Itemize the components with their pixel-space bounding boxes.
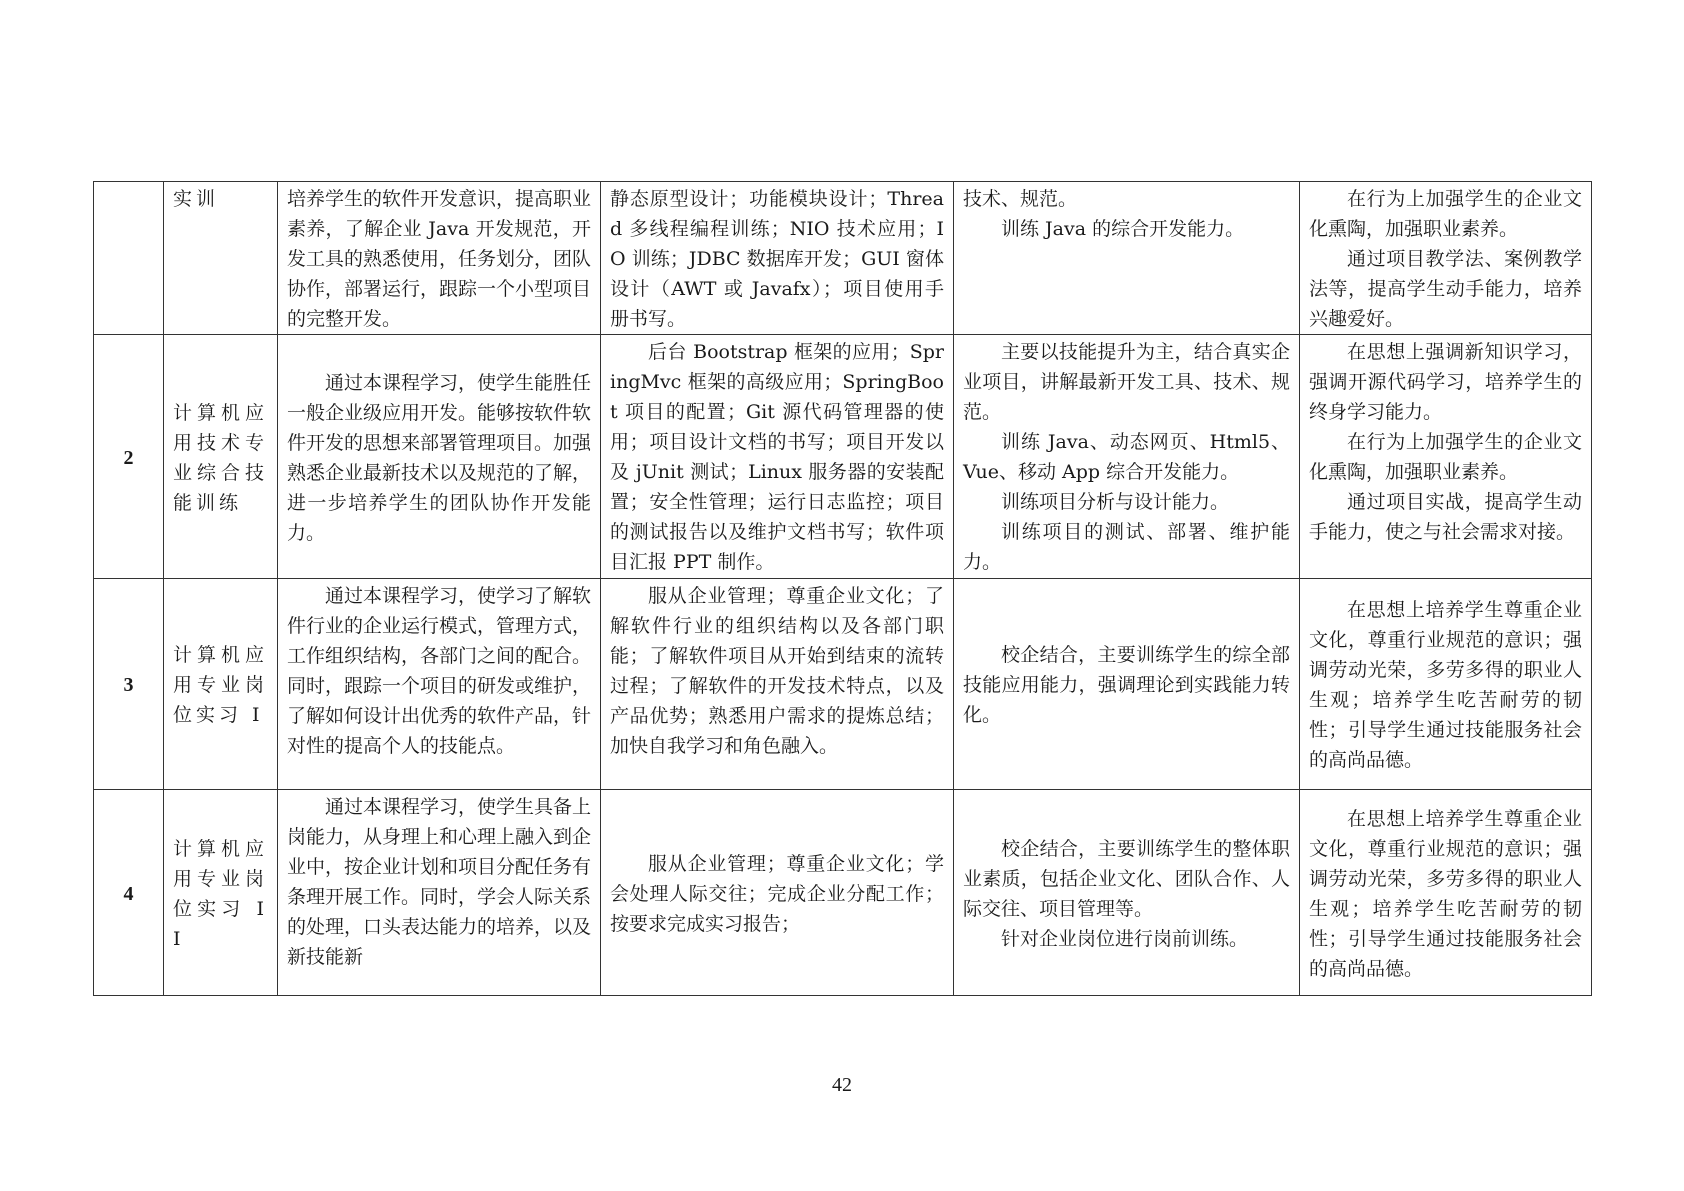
requirements-paragraph: 针对企业岗位进行岗前训练。 xyxy=(963,924,1290,954)
requirements-paragraph: 校企结合，主要训练学生的整体职业素质，包括企业文化、团队合作、人际交往、项目管理… xyxy=(963,834,1290,924)
table-row: 实训 培养学生的软件开发意识，提高职业素养，了解企业 Java 开发规范，开发工… xyxy=(94,182,1592,335)
table-row: 2 计算机应用技术专业综合技能训练 通过本课程学习，使学生能胜任一般企业级应用开… xyxy=(94,335,1592,579)
course-name: 计算机应用技术专业综合技能训练 xyxy=(164,335,278,579)
ideology-paragraph: 通过项目教学法、案例教学法等，提高学生动手能力，培养兴趣爱好。 xyxy=(1309,244,1582,334)
course-content: 后台 Bootstrap 框架的应用；SpringMvc 框架的高级应用；Spr… xyxy=(601,335,954,579)
course-content: 静态原型设计；功能模块设计；Thread 多线程编程训练；NIO 技术应用；IO… xyxy=(601,182,954,335)
requirements-paragraph: 训练项目的测试、部署、维护能力。 xyxy=(963,517,1290,577)
course-objective: 通过本课程学习，使学生能胜任一般企业级应用开发。能够按软件软件开发的思想来部署管… xyxy=(278,335,601,579)
course-objective: 培养学生的软件开发意识，提高职业素养，了解企业 Java 开发规范，开发工具的熟… xyxy=(278,182,601,335)
requirements-paragraph: 主要以技能提升为主，结合真实企业项目，讲解最新开发工具、技术、规范。 xyxy=(963,337,1290,427)
row-number: 2 xyxy=(94,335,164,579)
ideology-paragraph: 通过项目实战，提高学生动手能力，使之与社会需求对接。 xyxy=(1309,487,1582,547)
content-paragraph: 静态原型设计；功能模块设计；Thread 多线程编程训练；NIO 技术应用；IO… xyxy=(610,184,944,334)
content-paragraph: 后台 Bootstrap 框架的应用；SpringMvc 框架的高级应用；Spr… xyxy=(610,337,944,577)
table-row: 3 计算机应用专业岗位实习 I 通过本课程学习，使学习了解软件行业的企业运行模式… xyxy=(94,579,1592,790)
content-paragraph: 服从企业管理；尊重企业文化；学会处理人际交往；完成企业分配工作；按要求完成实习报… xyxy=(610,849,944,939)
course-name: 计算机应用专业岗位实习 I xyxy=(164,579,278,790)
row-number xyxy=(94,182,164,335)
row-number: 4 xyxy=(94,790,164,996)
requirements-paragraph: 训练项目分析与设计能力。 xyxy=(963,487,1290,517)
page-number: 42 xyxy=(0,1074,1684,1097)
curriculum-table: 实训 培养学生的软件开发意识，提高职业素养，了解企业 Java 开发规范，开发工… xyxy=(93,181,1592,996)
requirements-paragraph: 训练 Java、动态网页、Html5、Vue、移动 App 综合开发能力。 xyxy=(963,427,1290,487)
course-ideology: 在思想上强调新知识学习，强调开源代码学习，培养学生的终身学习能力。 在行为上加强… xyxy=(1300,335,1592,579)
course-requirements: 校企结合，主要训练学生的整体职业素质，包括企业文化、团队合作、人际交往、项目管理… xyxy=(954,790,1300,996)
content-paragraph: 服从企业管理；尊重企业文化；了解软件行业的组织结构以及各部门职能；了解软件项目从… xyxy=(610,581,944,761)
course-name: 实训 xyxy=(164,182,278,335)
course-content: 服从企业管理；尊重企业文化；学会处理人际交往；完成企业分配工作；按要求完成实习报… xyxy=(601,790,954,996)
objective-paragraph: 通过本课程学习，使学生具备上岗能力，从身理上和心理上融入到企业中，按企业计划和项… xyxy=(287,792,591,972)
objective-paragraph: 通过本课程学习，使学习了解软件行业的企业运行模式，管理方式，工作组织结构，各部门… xyxy=(287,581,591,761)
ideology-paragraph: 在行为上加强学生的企业文化熏陶，加强职业素养。 xyxy=(1309,184,1582,244)
row-number: 3 xyxy=(94,579,164,790)
course-objective: 通过本课程学习，使学习了解软件行业的企业运行模式，管理方式，工作组织结构，各部门… xyxy=(278,579,601,790)
requirements-paragraph: 训练 Java 的综合开发能力。 xyxy=(963,214,1290,244)
course-name: 计算机应用专业岗位实习 II xyxy=(164,790,278,996)
course-content: 服从企业管理；尊重企业文化；了解软件行业的组织结构以及各部门职能；了解软件项目从… xyxy=(601,579,954,790)
objective-paragraph: 通过本课程学习，使学生能胜任一般企业级应用开发。能够按软件软件开发的思想来部署管… xyxy=(287,368,591,548)
ideology-paragraph: 在思想上培养学生尊重企业文化，尊重行业规范的意识；强调劳动光荣，多劳多得的职业人… xyxy=(1309,804,1582,984)
requirements-paragraph: 校企结合，主要训练学生的综全部技能应用能力，强调理论到实践能力转化。 xyxy=(963,640,1290,730)
ideology-paragraph: 在思想上强调新知识学习，强调开源代码学习，培养学生的终身学习能力。 xyxy=(1309,337,1582,427)
objective-paragraph: 培养学生的软件开发意识，提高职业素养，了解企业 Java 开发规范，开发工具的熟… xyxy=(287,184,591,334)
course-ideology: 在行为上加强学生的企业文化熏陶，加强职业素养。 通过项目教学法、案例教学法等，提… xyxy=(1300,182,1592,335)
course-objective: 通过本课程学习，使学生具备上岗能力，从身理上和心理上融入到企业中，按企业计划和项… xyxy=(278,790,601,996)
requirements-paragraph: 技术、规范。 xyxy=(963,184,1290,214)
course-requirements: 校企结合，主要训练学生的综全部技能应用能力，强调理论到实践能力转化。 xyxy=(954,579,1300,790)
course-ideology: 在思想上培养学生尊重企业文化，尊重行业规范的意识；强调劳动光荣，多劳多得的职业人… xyxy=(1300,579,1592,790)
ideology-paragraph: 在行为上加强学生的企业文化熏陶，加强职业素养。 xyxy=(1309,427,1582,487)
course-requirements: 主要以技能提升为主，结合真实企业项目，讲解最新开发工具、技术、规范。 训练 Ja… xyxy=(954,335,1300,579)
table-row: 4 计算机应用专业岗位实习 II 通过本课程学习，使学生具备上岗能力，从身理上和… xyxy=(94,790,1592,996)
course-ideology: 在思想上培养学生尊重企业文化，尊重行业规范的意识；强调劳动光荣，多劳多得的职业人… xyxy=(1300,790,1592,996)
ideology-paragraph: 在思想上培养学生尊重企业文化，尊重行业规范的意识；强调劳动光荣，多劳多得的职业人… xyxy=(1309,595,1582,775)
course-requirements: 技术、规范。 训练 Java 的综合开发能力。 xyxy=(954,182,1300,335)
